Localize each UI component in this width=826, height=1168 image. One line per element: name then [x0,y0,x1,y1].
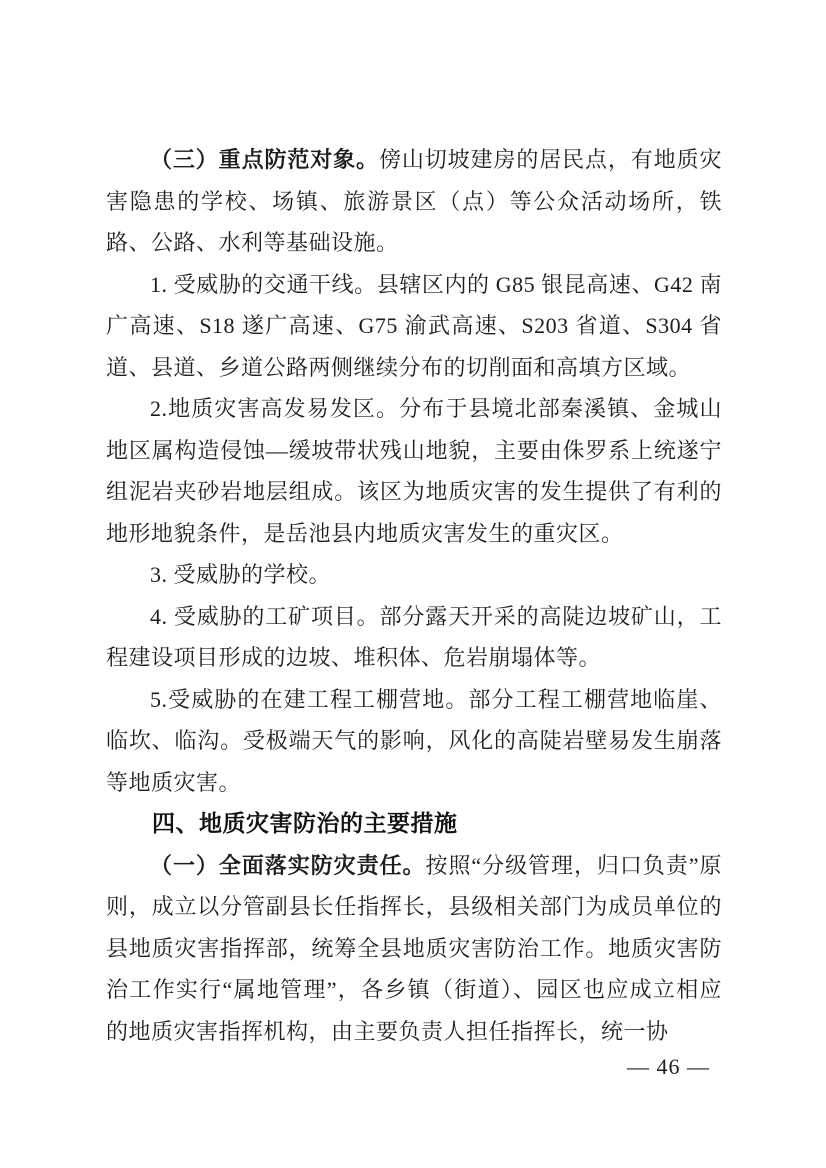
paragraph-body: 按照“分级管理，归口负责”原则，成立以分管副县长任指挥长，县级相关部门为成员单位… [106,853,722,1044]
paragraph-body: 3. 受威胁的学校。 [150,562,331,587]
paragraph: （三）重点防范对象。傍山切坡建房的居民点，有地质灾害隐患的学校、场镇、旅游景区（… [106,139,722,264]
paragraph-lead: （一）全面落实防灾责任。 [150,853,426,878]
document-text-block: （三）重点防范对象。傍山切坡建房的居民点，有地质灾害隐患的学校、场镇、旅游景区（… [106,139,722,1052]
paragraph: 2.地质灾害高发易发区。分布于县境北部秦溪镇、金城山地区属构造侵蚀—缓坡带状残山… [106,388,722,554]
paragraph: 3. 受威胁的学校。 [106,554,722,596]
paragraph-body: 5.受威胁的在建工程工棚营地。部分工程工棚营地临崖、临坎、临沟。受极端天气的影响… [106,687,722,795]
paragraph: 1. 受威胁的交通干线。县辖区内的 G85 银昆高速、G42 南广高速、S18 … [106,264,722,389]
paragraph-lead: （三）重点防范对象。 [150,147,379,172]
paragraph: 4. 受威胁的工矿项目。部分露天开采的高陡边坡矿山，工程建设项目形成的边坡、堆积… [106,596,722,679]
paragraph: 5.受威胁的在建工程工棚营地。部分工程工棚营地临崖、临坎、临沟。受极端天气的影响… [106,679,722,804]
paragraph-body: 2.地质灾害高发易发区。分布于县境北部秦溪镇、金城山地区属构造侵蚀—缓坡带状残山… [106,396,722,546]
paragraph: （一）全面落实防灾责任。按照“分级管理，归口负责”原则，成立以分管副县长任指挥长… [106,845,722,1053]
document-page: （三）重点防范对象。傍山切坡建房的居民点，有地质灾害隐患的学校、场镇、旅游景区（… [0,0,826,1168]
paragraph-body: 1. 受威胁的交通干线。县辖区内的 G85 银昆高速、G42 南广高速、S18 … [106,272,722,380]
section-heading: 四、地质灾害防治的主要措施 [106,803,722,845]
page-number: — 46 — [627,1052,710,1082]
paragraph-body: 4. 受威胁的工矿项目。部分露天开采的高陡边坡矿山，工程建设项目形成的边坡、堆积… [106,604,722,671]
